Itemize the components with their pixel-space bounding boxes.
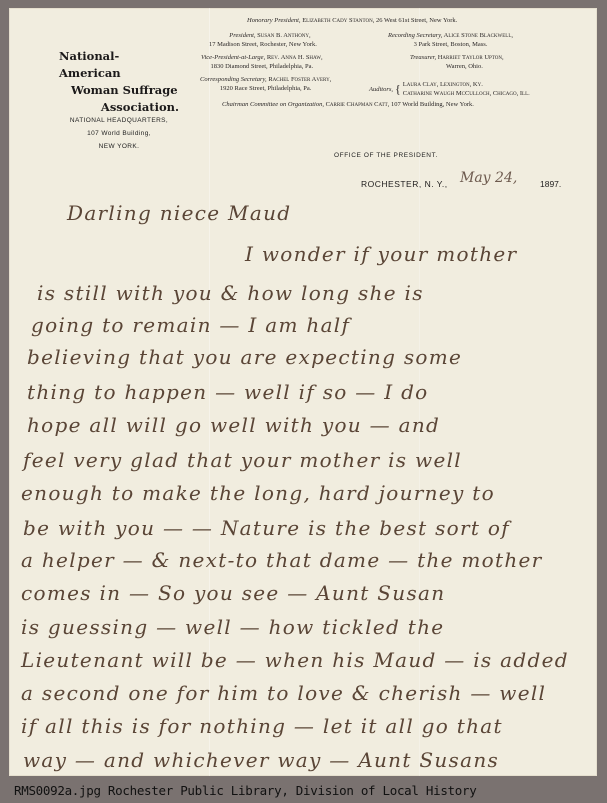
officer-treasurer: Treasurer, Harriet Taylor Upton, Warren,…	[410, 53, 504, 71]
officer-address: Warren, Ohio.	[410, 62, 504, 71]
letter-line: be with you — — Nature is the best sort …	[23, 516, 607, 540]
image-caption: RMS0092a.jpg Rochester Public Library, D…	[14, 783, 476, 798]
letter-line: if all this is for nothing — let it all …	[21, 714, 607, 738]
officer-corresponding-secretary: Corresponding Secretary, Rachel Foster A…	[200, 75, 331, 93]
org-name-line: National-American	[59, 48, 179, 82]
hq-line: NATIONAL HEADQUARTERS,	[49, 114, 189, 127]
officer-role: President,	[229, 32, 255, 39]
officer-name: Rev. Anna H. Shaw,	[267, 54, 323, 61]
letter-page: National-American Woman Suffrage Associa…	[9, 8, 597, 776]
letter-line: feel very glad that your mother is well	[23, 448, 607, 472]
officer-address: 1830 Diamond Street, Philadelphia, Pa.	[201, 62, 323, 71]
letter-line: Lieutenant will be — when his Maud — is …	[21, 648, 607, 672]
officer-honorary-president: Honorary President, Elizabeth Cady Stant…	[247, 16, 457, 25]
officer-name: Harriet Taylor Upton,	[438, 54, 504, 61]
officer-role: Treasurer,	[410, 54, 436, 61]
place-line: ROCHESTER, N. Y.,	[361, 179, 448, 189]
letter-line: way — and whichever way — Aunt Susans	[23, 748, 607, 772]
officer-name: Elizabeth Cady Stanton,	[302, 17, 374, 24]
officer-recording-secretary: Recording Secretary, Alice Stone Blackwe…	[388, 31, 513, 49]
handwritten-date: May 24,	[460, 170, 517, 186]
year: 1897.	[540, 179, 561, 189]
letter-line: thing to happen — well if so — I do	[27, 380, 607, 404]
letter-line: comes in — So you see — Aunt Susan	[21, 581, 607, 605]
officer-role: Honorary President,	[247, 17, 301, 24]
brace-icon: {	[395, 83, 401, 95]
officer-name: Carrie Chapman Catt,	[326, 101, 390, 108]
officer-address: 1920 Race Street, Philadelphia, Pa.	[200, 84, 331, 93]
officer-name: Alice Stone Blackwell,	[444, 32, 513, 39]
hq-line: NEW YORK.	[49, 140, 189, 153]
letter-line: going to remain — I am half	[31, 313, 607, 337]
officer-address: 17 Madison Street, Rochester, New York.	[209, 40, 317, 49]
auditor-name: Catharine Waugh McCulloch, Chicago, Ill.	[403, 89, 530, 98]
officer-role: Corresponding Secretary,	[200, 76, 267, 83]
letter-line: I wonder if your mother	[245, 242, 607, 266]
organization-name: National-American Woman Suffrage Associa…	[59, 48, 179, 116]
officer-auditors: Auditors, { Laura Clay, Lexington, Ky. C…	[369, 80, 530, 98]
officer-name: Susan B. Anthony,	[257, 32, 311, 39]
auditor-name: Laura Clay, Lexington, Ky.	[403, 80, 530, 89]
officer-role: Auditors,	[369, 85, 393, 94]
letter-line: believing that you are expecting some	[27, 345, 607, 369]
officer-address: 26 West 61st Street, New York.	[376, 17, 457, 24]
letter-line: is guessing — well — how tickled the	[21, 615, 607, 639]
org-name-line: Woman Suffrage	[59, 82, 179, 99]
officer-vice-president: Vice-President-at-Large, Rev. Anna H. Sh…	[201, 53, 323, 71]
officer-role: Vice-President-at-Large,	[201, 54, 265, 61]
letter-line: enough to make the long, hard journey to	[21, 481, 607, 505]
officer-address: 3 Park Street, Boston, Mass.	[388, 40, 513, 49]
office-of-president: OFFICE OF THE PRESIDENT.	[334, 152, 438, 159]
letter-line: a helper — & next-to that dame — the mot…	[21, 548, 607, 572]
officer-chairman: Chairman Committee on Organization, Carr…	[222, 100, 474, 109]
officer-name: Rachel Foster Avery,	[268, 76, 331, 83]
salutation: Darling niece Maud	[67, 201, 607, 225]
hq-line: 107 World Building,	[49, 127, 189, 140]
officer-president: President, Susan B. Anthony, 17 Madison …	[209, 31, 317, 49]
officer-role: Recording Secretary,	[388, 32, 442, 39]
officer-role: Chairman Committee on Organization,	[222, 101, 324, 108]
letter-line: hope all will go well with you — and	[27, 413, 607, 437]
letter-line: a second one for him to love & cherish —…	[21, 681, 607, 705]
letter-line: is still with you & how long she is	[37, 281, 607, 305]
officer-address: 107 World Building, New York.	[391, 101, 474, 108]
headquarters-address: NATIONAL HEADQUARTERS, 107 World Buildin…	[49, 114, 189, 153]
